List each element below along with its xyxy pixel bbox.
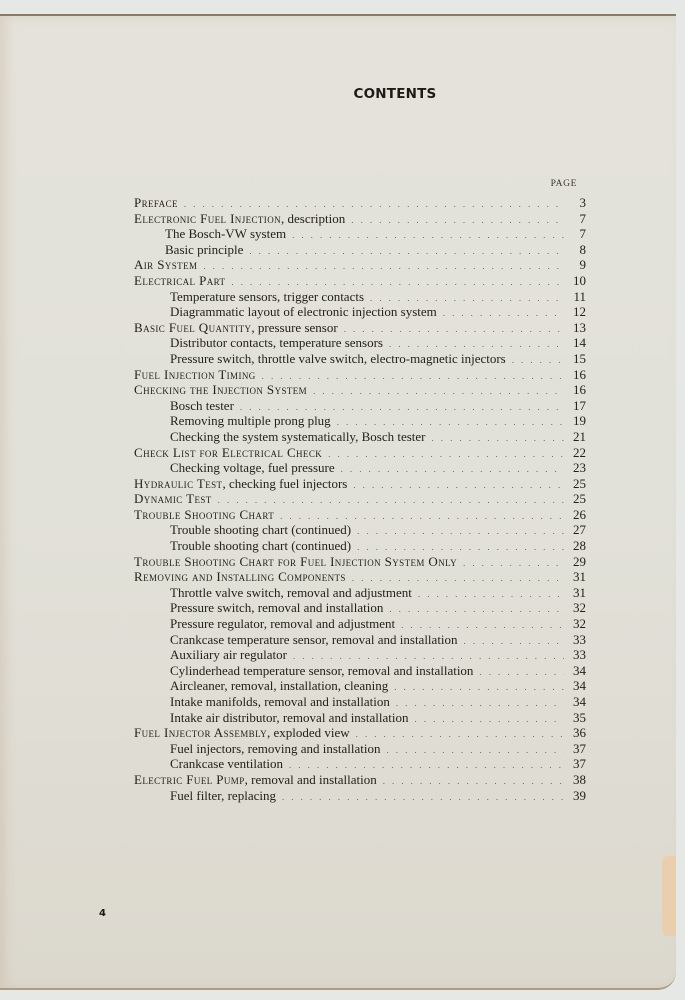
dot-leader xyxy=(432,433,565,443)
dot-leader xyxy=(262,371,564,381)
page-column-heading: PAGE xyxy=(551,179,577,189)
dot-leader xyxy=(418,589,564,599)
toc-subsection: Crankcase temperature sensor, removal an… xyxy=(134,632,586,648)
toc-page-number: 7 xyxy=(564,226,586,242)
toc-section: Dynamic Test25 xyxy=(134,491,586,507)
toc-entry-label: Hydraulic Test, checking fuel injectors xyxy=(134,476,353,492)
toc-page-number: 28 xyxy=(564,538,586,554)
toc-entry-label: Trouble shooting chart (continued) xyxy=(170,522,357,538)
toc-page-number: 31 xyxy=(564,569,586,585)
toc-entry-text: , removal and installation xyxy=(245,772,377,787)
toc-page-number: 15 xyxy=(564,351,586,367)
dot-leader xyxy=(282,792,564,802)
dot-leader xyxy=(387,745,565,755)
toc-entry-text: Crankcase ventilation xyxy=(170,756,283,771)
toc-subsection: Intake manifolds, removal and installati… xyxy=(134,694,586,710)
toc-subsection: Fuel filter, replacing39 xyxy=(134,788,586,804)
dot-leader xyxy=(280,511,564,521)
toc-subsection: Pressure switch, removal and installatio… xyxy=(134,600,586,616)
toc-entry-heading: Fuel Injection Timing xyxy=(134,367,256,382)
toc-subsection: Checking the system systematically, Bosc… xyxy=(134,429,586,445)
toc-entry-text: , exploded view xyxy=(267,725,350,740)
toc-entry-text: Trouble shooting chart (continued) xyxy=(170,522,351,537)
toc-subsection: Cylinderhead temperature sensor, removal… xyxy=(134,663,586,679)
toc-page-number: 37 xyxy=(564,741,586,757)
toc-entry-text: Auxiliary air regulator xyxy=(170,647,287,662)
dot-leader xyxy=(352,573,564,583)
toc-entry-text: Diagrammatic layout of electronic inject… xyxy=(170,304,437,319)
toc-section: Fuel Injector Assembly, exploded view36 xyxy=(134,725,586,741)
toc-entry-label: Intake manifolds, removal and installati… xyxy=(170,694,396,710)
dot-leader xyxy=(231,277,564,287)
toc-page-number: 34 xyxy=(564,694,586,710)
toc-page-number: 16 xyxy=(564,382,586,398)
toc-page-number: 35 xyxy=(564,710,586,726)
dot-leader xyxy=(383,776,564,786)
toc-page-number: 31 xyxy=(564,585,586,601)
toc-section: Electronic Fuel Injection, description7 xyxy=(134,211,586,227)
toc-page-number: 3 xyxy=(564,195,586,211)
toc-entry-label: Diagrammatic layout of electronic inject… xyxy=(170,304,443,320)
toc-page-number: 27 xyxy=(564,522,586,538)
dot-leader xyxy=(464,636,564,646)
toc-subsection: Removing multiple prong plug19 xyxy=(134,413,586,429)
dot-leader xyxy=(356,729,564,739)
toc-entry-label: Removing and Installing Components xyxy=(134,569,352,585)
toc-subsection: The Bosch-VW system7 xyxy=(134,226,586,242)
toc-entry-label: Cylinderhead temperature sensor, removal… xyxy=(170,663,479,679)
dot-leader xyxy=(289,760,564,770)
toc-page-number: 34 xyxy=(564,663,586,679)
toc-entry-label: Distributor contacts, temperature sensor… xyxy=(170,335,389,351)
toc-entry-text: Checking the system systematically, Bosc… xyxy=(170,429,426,444)
toc-entry-text: , description xyxy=(281,211,345,226)
dot-leader xyxy=(389,604,564,614)
toc-entry-text: Pressure switch, removal and installatio… xyxy=(170,600,383,615)
toc-entry-label: Auxiliary air regulator xyxy=(170,647,293,663)
toc-page-number: 32 xyxy=(564,616,586,632)
toc-page-number: 34 xyxy=(564,678,586,694)
toc-section: Electric Fuel Pump, removal and installa… xyxy=(134,772,586,788)
toc-page-number: 19 xyxy=(564,413,586,429)
dot-leader xyxy=(203,261,564,271)
toc-page-number: 13 xyxy=(564,320,586,336)
toc-entry-text: Cylinderhead temperature sensor, removal… xyxy=(170,663,473,678)
toc-entry-label: Throttle valve switch, removal and adjus… xyxy=(170,585,418,601)
toc-entry-label: Basic Fuel Quantity, pressure sensor xyxy=(134,320,344,336)
toc-section: Hydraulic Test, checking fuel injectors2… xyxy=(134,476,586,492)
toc-subsection: Checking voltage, fuel pressure23 xyxy=(134,460,586,476)
toc-entry-text: Temperature sensors, trigger contacts xyxy=(170,289,364,304)
toc-entry-label: Check List for Electrical Check xyxy=(134,445,328,461)
toc-section: Preface3 xyxy=(134,195,586,211)
toc-page-number: 33 xyxy=(564,647,586,663)
toc-entry-label: Fuel Injector Assembly, exploded view xyxy=(134,725,356,741)
toc-entry-label: Electric Fuel Pump, removal and installa… xyxy=(134,772,383,788)
toc-entry-text: Removing multiple prong plug xyxy=(170,413,331,428)
dot-leader xyxy=(394,682,564,692)
toc-entry-label: Bosch tester xyxy=(170,398,240,414)
toc-entry-label: Pressure switch, throttle valve switch, … xyxy=(170,351,512,367)
toc-entry-heading: Electrical Part xyxy=(134,273,225,288)
toc-entry-text: Trouble shooting chart (continued) xyxy=(170,538,351,553)
toc-section: Check List for Electrical Check22 xyxy=(134,445,586,461)
toc-entry-heading: Electric Fuel Pump xyxy=(134,772,245,787)
dot-leader xyxy=(389,339,564,349)
toc-entry-text: Bosch tester xyxy=(170,398,234,413)
toc-entry-heading: Electronic Fuel Injection xyxy=(134,211,281,226)
toc-page-number: 37 xyxy=(564,756,586,772)
toc-entry-text: Throttle valve switch, removal and adjus… xyxy=(170,585,412,600)
toc-entry-label: Removing multiple prong plug xyxy=(170,413,337,429)
dot-leader xyxy=(218,495,564,505)
toc-subsection: Aircleaner, removal, installation, clean… xyxy=(134,678,586,694)
toc-page-number: 36 xyxy=(564,725,586,741)
toc-entry-label: Checking voltage, fuel pressure xyxy=(170,460,341,476)
dot-leader xyxy=(357,542,564,552)
toc-entry-label: Dynamic Test xyxy=(134,491,218,507)
toc-page-number: 23 xyxy=(564,460,586,476)
page-title: CONTENTS xyxy=(0,86,685,102)
toc-section: Fuel Injection Timing16 xyxy=(134,367,586,383)
dot-leader xyxy=(344,324,564,334)
toc-subsection: Distributor contacts, temperature sensor… xyxy=(134,335,586,351)
toc-entry-heading: Trouble Shooting Chart for Fuel Injectio… xyxy=(134,554,457,569)
toc-entry-label: Electronic Fuel Injection, description xyxy=(134,211,351,227)
toc-entry-label: Checking the Injection System xyxy=(134,382,313,398)
document-page: CONTENTS PAGE Preface3Electronic Fuel In… xyxy=(0,14,676,990)
toc-page-number: 10 xyxy=(564,273,586,289)
toc-entry-text: Crankcase temperature sensor, removal an… xyxy=(170,632,458,647)
toc-entry-text: Basic principle xyxy=(165,242,243,257)
toc-section: Trouble Shooting Chart for Fuel Injectio… xyxy=(134,554,586,570)
toc-subsection: Throttle valve switch, removal and adjus… xyxy=(134,585,586,601)
toc-entry-label: Aircleaner, removal, installation, clean… xyxy=(170,678,394,694)
dot-leader xyxy=(512,355,564,365)
toc-page-number: 32 xyxy=(564,600,586,616)
toc-entry-heading: Check List for Electrical Check xyxy=(134,445,322,460)
dot-leader xyxy=(463,558,564,568)
toc-page-number: 11 xyxy=(564,289,586,305)
dot-leader xyxy=(396,698,564,708)
toc-subsection: Pressure regulator, removal and adjustme… xyxy=(134,616,586,632)
toc-entry-heading: Basic Fuel Quantity xyxy=(134,320,251,335)
toc-subsection: Fuel injectors, removing and installatio… xyxy=(134,741,586,757)
toc-entry-label: Fuel Injection Timing xyxy=(134,367,262,383)
toc-entry-heading: Checking the Injection System xyxy=(134,382,307,397)
toc-section: Trouble Shooting Chart26 xyxy=(134,507,586,523)
toc-entry-heading: Trouble Shooting Chart xyxy=(134,507,274,522)
toc-section: Checking the Injection System16 xyxy=(134,382,586,398)
toc-entry-text: The Bosch-VW system xyxy=(165,226,286,241)
toc-subsection: Crankcase ventilation37 xyxy=(134,756,586,772)
dot-leader xyxy=(401,620,564,630)
toc-subsection: Intake air distributor, removal and inst… xyxy=(134,710,586,726)
toc-section: Basic Fuel Quantity, pressure sensor13 xyxy=(134,320,586,336)
toc-entry-label: Pressure regulator, removal and adjustme… xyxy=(170,616,401,632)
toc-section: Air System9 xyxy=(134,257,586,273)
toc-entry-label: Preface xyxy=(134,195,184,211)
dot-leader xyxy=(370,293,564,303)
dot-leader xyxy=(313,386,564,396)
dot-leader xyxy=(249,246,564,256)
toc-entry-label: Fuel filter, replacing xyxy=(170,788,282,804)
toc-entry-text: Fuel injectors, removing and installatio… xyxy=(170,741,381,756)
toc-entry-label: Pressure switch, removal and installatio… xyxy=(170,600,389,616)
dot-leader xyxy=(357,526,564,536)
toc-entry-label: Trouble shooting chart (continued) xyxy=(170,538,357,554)
toc-entry-text: Fuel filter, replacing xyxy=(170,788,276,803)
toc-entry-label: Crankcase ventilation xyxy=(170,756,289,772)
toc-page-number: 26 xyxy=(564,507,586,523)
dot-leader xyxy=(341,464,564,474)
toc-subsection: Diagrammatic layout of electronic inject… xyxy=(134,304,586,320)
toc-entry-label: Trouble Shooting Chart for Fuel Injectio… xyxy=(134,554,463,570)
toc-entry-label: The Bosch-VW system xyxy=(165,226,292,242)
toc-entry-label: Air System xyxy=(134,257,203,273)
toc-subsection: Trouble shooting chart (continued)27 xyxy=(134,522,586,538)
dot-leader xyxy=(353,480,564,490)
toc-page-number: 9 xyxy=(564,257,586,273)
toc-entry-text: Intake manifolds, removal and installati… xyxy=(170,694,390,709)
dot-leader xyxy=(414,714,564,724)
dot-leader xyxy=(351,215,564,225)
toc-subsection: Pressure switch, throttle valve switch, … xyxy=(134,351,586,367)
toc-entry-heading: Fuel Injector Assembly xyxy=(134,725,267,740)
toc-page-number: 21 xyxy=(564,429,586,445)
table-of-contents: Preface3Electronic Fuel Injection, descr… xyxy=(134,195,586,803)
toc-subsection: Temperature sensors, trigger contacts11 xyxy=(134,289,586,305)
toc-entry-heading: Preface xyxy=(134,195,178,210)
toc-subsection: Trouble shooting chart (continued)28 xyxy=(134,538,586,554)
toc-entry-label: Intake air distributor, removal and inst… xyxy=(170,710,414,726)
toc-page-number: 16 xyxy=(564,367,586,383)
toc-entry-label: Basic principle xyxy=(165,242,249,258)
toc-page-number: 7 xyxy=(564,211,586,227)
toc-entry-label: Crankcase temperature sensor, removal an… xyxy=(170,632,464,648)
toc-page-number: 25 xyxy=(564,491,586,507)
toc-page-number: 33 xyxy=(564,632,586,648)
toc-page-number: 25 xyxy=(564,476,586,492)
toc-entry-text: , checking fuel injectors xyxy=(222,476,347,491)
dot-leader xyxy=(479,667,564,677)
toc-entry-text: Aircleaner, removal, installation, clean… xyxy=(170,678,388,693)
toc-entry-text: Intake air distributor, removal and inst… xyxy=(170,710,408,725)
toc-page-number: 39 xyxy=(564,788,586,804)
toc-page-number: 38 xyxy=(564,772,586,788)
toc-entry-text: Distributor contacts, temperature sensor… xyxy=(170,335,383,350)
toc-subsection: Basic principle8 xyxy=(134,242,586,258)
toc-page-number: 29 xyxy=(564,554,586,570)
toc-entry-text: Pressure switch, throttle valve switch, … xyxy=(170,351,506,366)
toc-page-number: 17 xyxy=(564,398,586,414)
toc-entry-heading: Dynamic Test xyxy=(134,491,212,506)
toc-entry-text: Pressure regulator, removal and adjustme… xyxy=(170,616,395,631)
dot-leader xyxy=(240,402,564,412)
toc-section: Removing and Installing Components31 xyxy=(134,569,586,585)
toc-entry-heading: Removing and Installing Components xyxy=(134,569,346,584)
dot-leader xyxy=(443,308,564,318)
toc-entry-label: Electrical Part xyxy=(134,273,231,289)
toc-section: Electrical Part10 xyxy=(134,273,586,289)
dot-leader xyxy=(337,417,564,427)
dot-leader xyxy=(293,651,564,661)
toc-entry-heading: Air System xyxy=(134,257,197,272)
toc-entry-text: Checking voltage, fuel pressure xyxy=(170,460,335,475)
toc-entry-label: Trouble Shooting Chart xyxy=(134,507,280,523)
dot-leader xyxy=(328,449,564,459)
dot-leader xyxy=(184,199,564,209)
toc-page-number: 12 xyxy=(564,304,586,320)
page-edge xyxy=(662,856,676,936)
toc-page-number: 22 xyxy=(564,445,586,461)
toc-page-number: 8 xyxy=(564,242,586,258)
toc-subsection: Bosch tester17 xyxy=(134,398,586,414)
page-number: 4 xyxy=(99,908,106,919)
toc-entry-heading: Hydraulic Test xyxy=(134,476,222,491)
toc-entry-label: Checking the system systematically, Bosc… xyxy=(170,429,432,445)
toc-entry-text: , pressure sensor xyxy=(251,320,337,335)
toc-subsection: Auxiliary air regulator33 xyxy=(134,647,586,663)
toc-entry-label: Fuel injectors, removing and installatio… xyxy=(170,741,387,757)
toc-entry-label: Temperature sensors, trigger contacts xyxy=(170,289,370,305)
toc-page-number: 14 xyxy=(564,335,586,351)
dot-leader xyxy=(292,230,564,240)
